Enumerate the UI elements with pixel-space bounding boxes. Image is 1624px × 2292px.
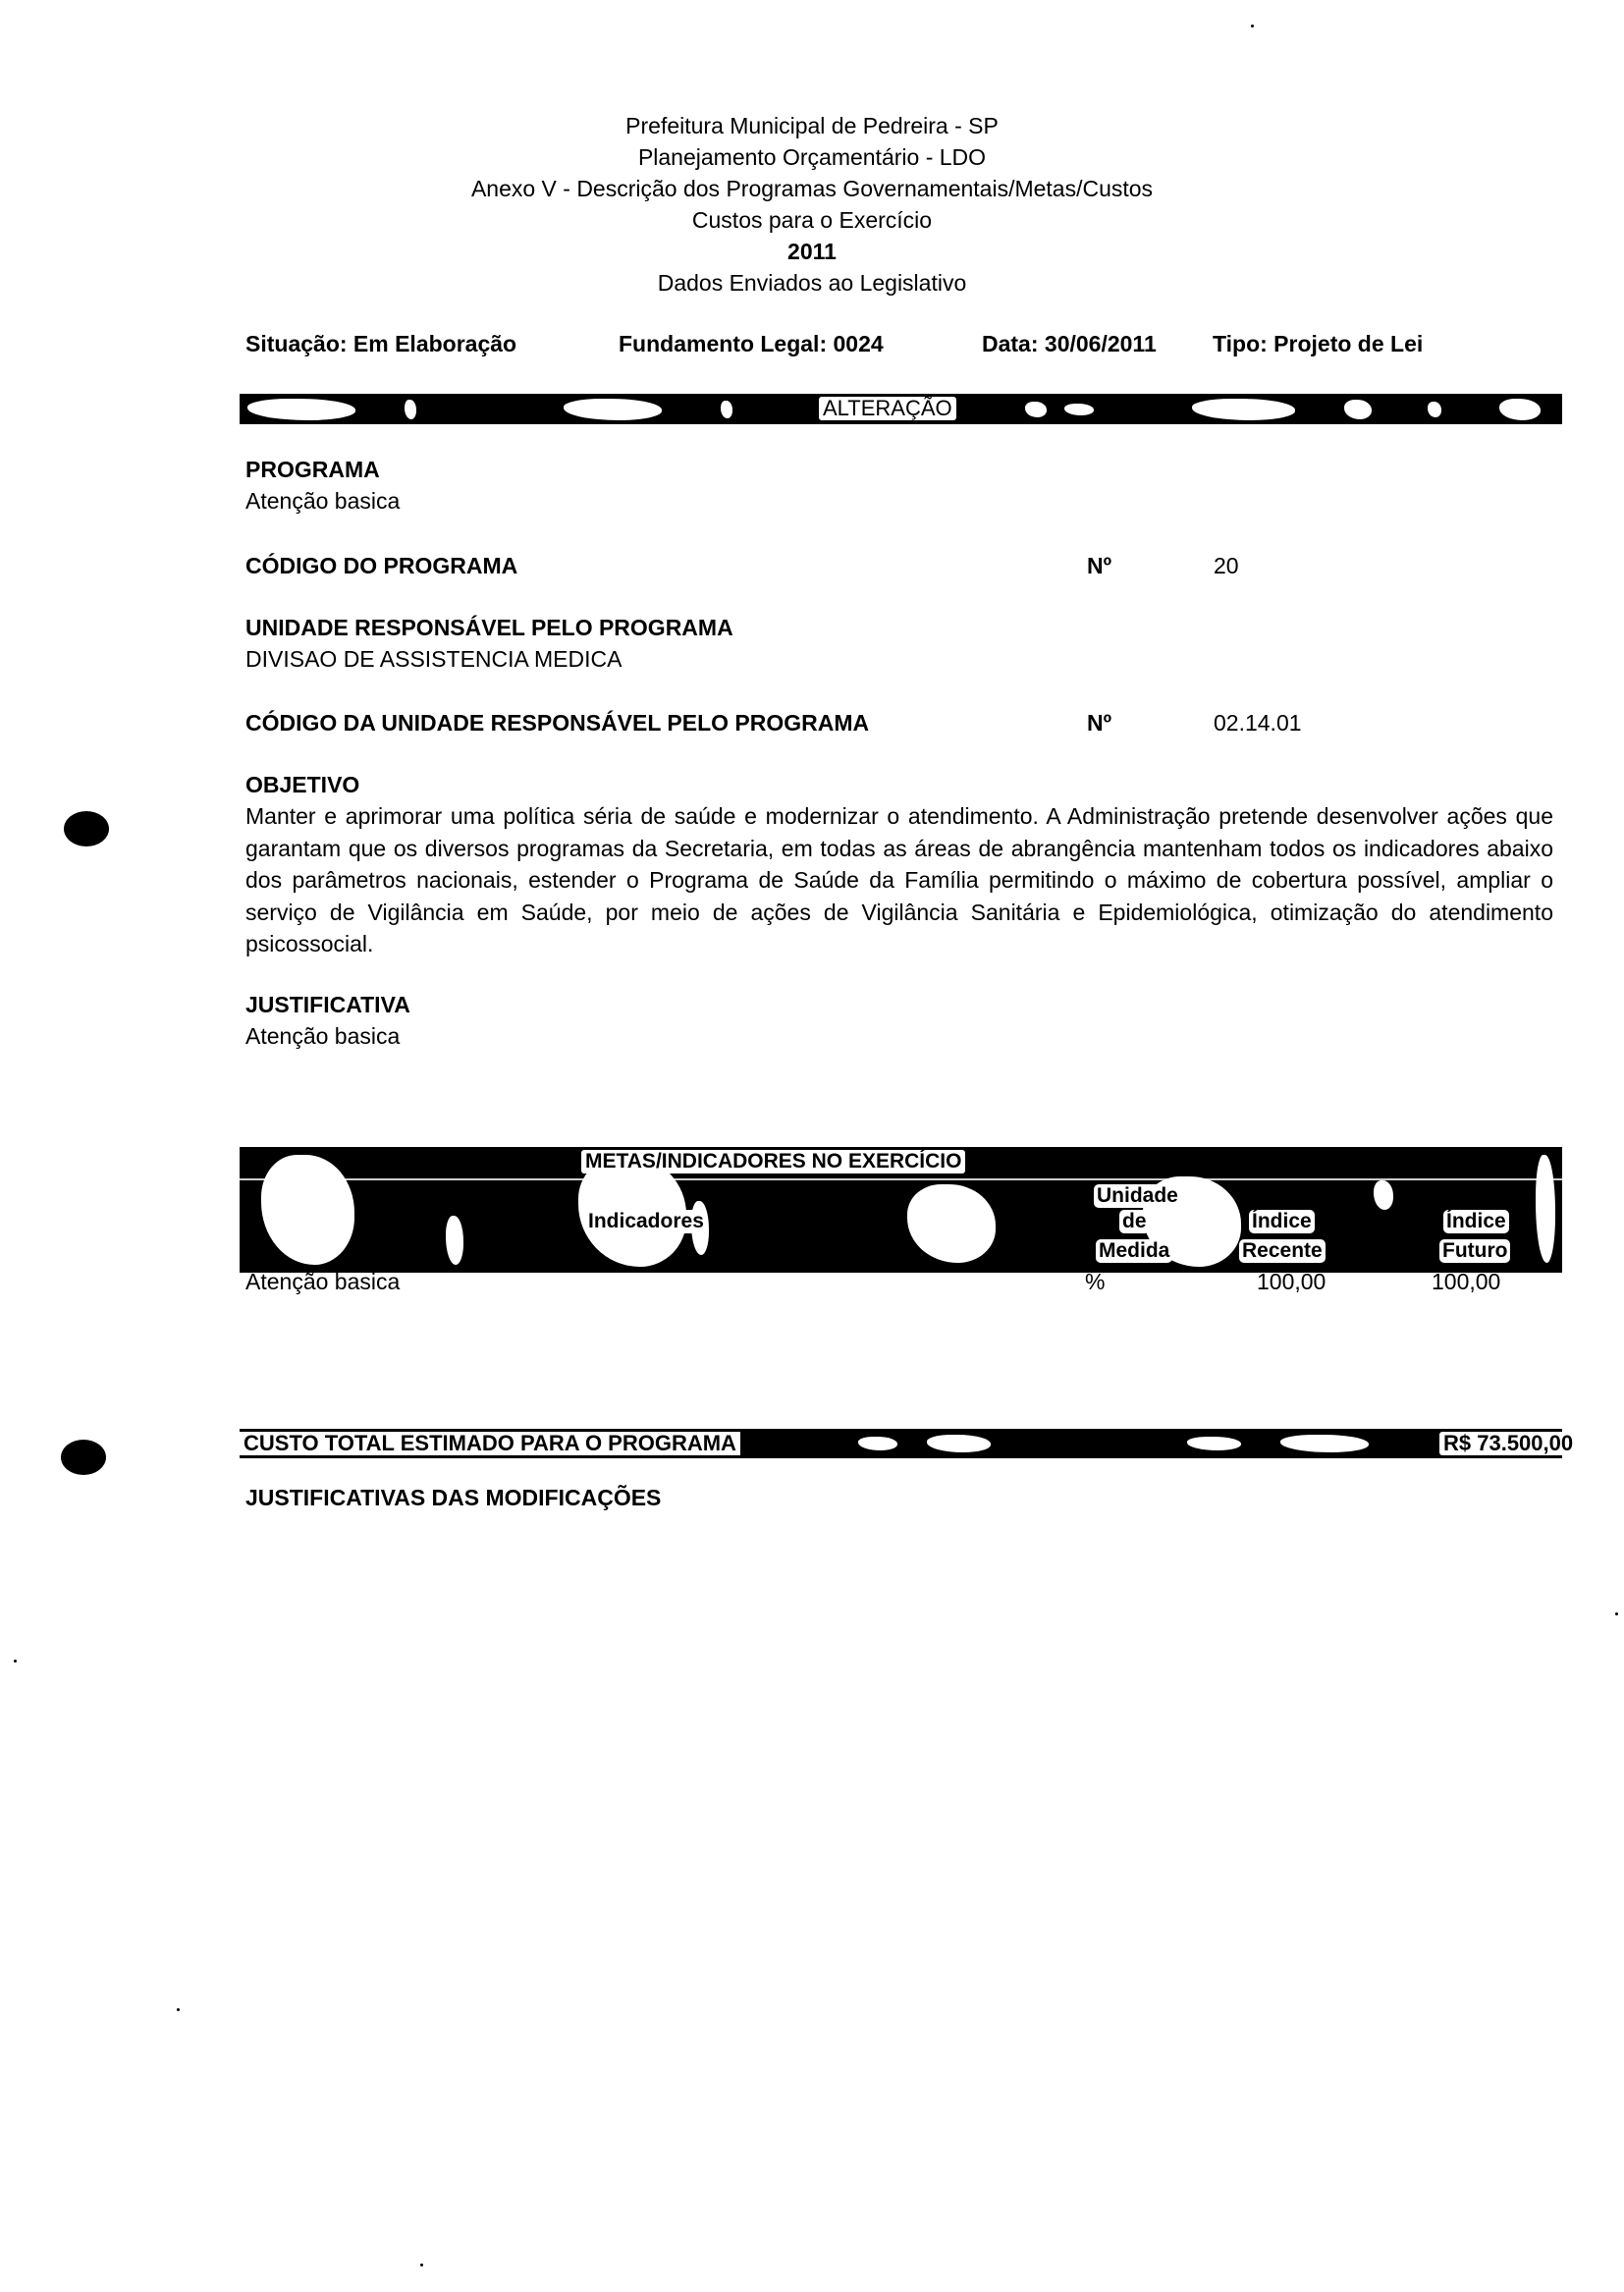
scan-noise [1192,399,1295,420]
justificativa-label: JUSTIFICATIVA [245,992,410,1018]
scan-noise [1064,404,1094,415]
status-bar: ALTERAÇÃO [240,394,1562,424]
scan-noise [1374,1180,1393,1210]
row-indice-futuro: 100,00 [1432,1269,1500,1295]
document-header: Prefeitura Municipal de Pedreira - SP Pl… [0,110,1624,299]
custo-total-bar: CUSTO TOTAL ESTIMADO PARA O PROGRAMA R$ … [240,1429,1562,1458]
objetivo-label: OBJETIVO [245,772,359,798]
scan-noise [1187,1437,1241,1450]
scan-noise [247,399,355,420]
row-indice-recente: 100,00 [1257,1269,1326,1295]
header-sent: Dados Enviados ao Legislativo [0,267,1624,299]
header-costs: Custos para o Exercício [0,204,1624,236]
scan-noise [405,400,416,419]
row-indicador: Atenção basica [245,1269,400,1295]
custo-label: CUSTO TOTAL ESTIMADO PARA O PROGRAMA [240,1432,740,1455]
status-label: ALTERAÇÃO [819,397,956,420]
scan-noise [446,1216,463,1265]
objetivo-text: Manter e aprimorar uma política séria de… [245,800,1553,960]
metas-table-header: METAS/INDICADORES NO EXERCÍCIO Indicador… [240,1147,1562,1273]
header-annex: Anexo V - Descrição dos Programas Govern… [0,173,1624,204]
col-indicadores: Indicadores [585,1210,707,1233]
scan-speck [420,2264,423,2266]
scan-speck [14,1660,17,1663]
header-municipality: Prefeitura Municipal de Pedreira - SP [0,110,1624,141]
scan-noise [927,1435,991,1452]
codigo-unidade-no: Nº [1087,710,1111,737]
binder-hole-top [64,811,109,846]
header-year: 2011 [0,236,1624,267]
scan-speck [1615,1612,1618,1615]
header-planning: Planejamento Orçamentário - LDO [0,141,1624,173]
col-recente-1: Índice [1249,1210,1315,1233]
col-recente-2: Recente [1239,1239,1326,1263]
metas-title: METAS/INDICADORES NO EXERCÍCIO [581,1150,965,1173]
scan-noise [907,1184,996,1263]
scan-noise [1280,1435,1369,1452]
scan-noise [564,399,662,420]
unidade-responsavel-value: DIVISAO DE ASSISTENCIA MEDICA [245,646,622,673]
row-unidade: % [1085,1269,1105,1295]
scan-noise [261,1155,354,1265]
col-unidade-2: de [1119,1210,1150,1233]
codigo-unidade-value: 02.14.01 [1214,710,1302,737]
binder-hole-bottom [61,1440,106,1475]
scan-speck [1251,25,1254,27]
scan-noise [1499,399,1541,420]
col-futuro-1: Índice [1443,1210,1509,1233]
justificativas-modificacoes-label: JUSTIFICATIVAS DAS MODIFICAÇÕES [245,1485,661,1511]
scan-speck [177,2008,180,2011]
justificativa-value: Atenção basica [245,1023,400,1050]
programa-label: PROGRAMA [245,457,380,483]
codigo-programa-label: CÓDIGO DO PROGRAMA [245,553,517,579]
scan-noise [1025,402,1047,417]
scan-noise [721,401,732,418]
meta-situacao: Situação: Em Elaboração [245,331,516,357]
col-unidade-3: Medida [1096,1239,1172,1263]
custo-value: R$ 73.500,00 [1439,1432,1577,1455]
col-unidade-1: Unidade [1094,1184,1181,1208]
scan-noise [858,1437,897,1450]
meta-fundamento: Fundamento Legal: 0024 [619,331,884,357]
programa-value: Atenção basica [245,488,400,515]
codigo-programa-no: Nº [1087,553,1111,579]
unidade-responsavel-label: UNIDADE RESPONSÁVEL PELO PROGRAMA [245,615,733,641]
meta-tipo: Tipo: Projeto de Lei [1213,331,1423,357]
scan-noise [1344,400,1372,419]
meta-data: Data: 30/06/2011 [982,331,1157,357]
scan-noise [1536,1155,1555,1263]
codigo-unidade-label: CÓDIGO DA UNIDADE RESPONSÁVEL PELO PROGR… [245,710,869,737]
codigo-programa-value: 20 [1214,553,1239,579]
header-divider [240,1178,1562,1180]
col-futuro-2: Futuro [1439,1239,1510,1263]
scan-noise [1428,402,1441,417]
